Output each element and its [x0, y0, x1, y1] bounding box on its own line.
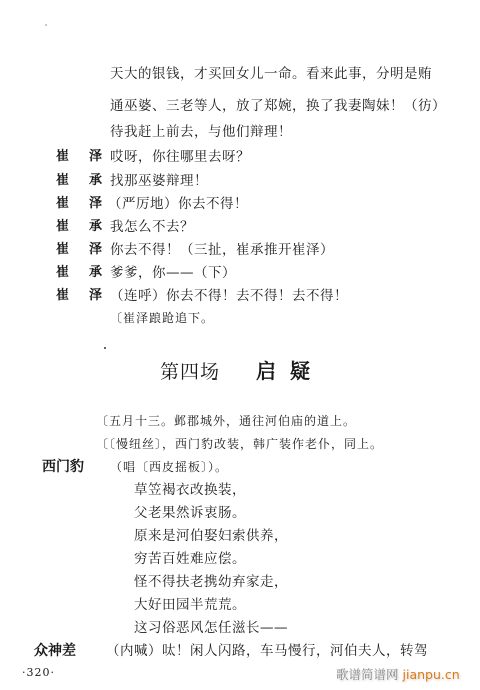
dialogue-line: 我怎么不去？: [110, 219, 194, 235]
speaker-name: 崔泽: [56, 196, 102, 212]
speaker-name: 崔承: [56, 265, 102, 281]
dialogue-line: （内喊）呔！闲人闪路，车马慢行，河伯夫人，转驾: [106, 643, 428, 659]
continuation-line: 天大的银钱，才买回女儿一命。看来此事，分明是贿: [110, 66, 432, 82]
stage-direction: 〔崔泽踉跄追下。: [110, 310, 214, 326]
scene-direction: 〔〔慢纽丝〕，西门豹改装，韩广装作老仆，同上。: [96, 436, 383, 452]
scene-title: 第四场启疑: [160, 355, 324, 384]
speaker-name: 众神差: [34, 643, 76, 659]
verse-line: 草笠褐衣改换装，: [134, 482, 246, 498]
verse-line: 原来是河伯娶妇索供养，: [134, 528, 288, 544]
watermark-en: jianpu.cn: [403, 667, 460, 682]
dialogue-line: 你去不得！（三扯，崔承推开崔泽）: [110, 242, 334, 258]
speaker-name: 崔泽: [56, 288, 102, 304]
watermark: 歌谱简谱网jianpu.cn: [336, 665, 460, 683]
singing-cue: （唱〔西皮摇板〕）。: [110, 459, 228, 475]
verse-line: 父老果然诉衷肠。: [134, 505, 246, 521]
verse-line: 怪不得扶老携幼弃家走，: [134, 574, 288, 590]
verse-line: 这习俗恶风怎任滋长——: [134, 620, 288, 636]
dialogue-line: （严厉地）你去不得！: [108, 196, 248, 212]
continuation-line: 待我赶上前去，与他们辩理！: [110, 124, 292, 140]
speaker-name: 崔承: [56, 219, 102, 235]
scene-number: 第四场: [160, 361, 220, 383]
scan-speck: [104, 347, 106, 349]
speaker-name: 西门豹: [42, 459, 84, 475]
watermark-cn: 歌谱简谱网: [336, 667, 399, 682]
dialogue-line: 找那巫婆辩理！: [110, 173, 208, 189]
scene-direction: 〔五月十三。邺郡城外，通往河伯庙的道上。: [96, 413, 356, 429]
speaker-name: 崔泽: [56, 149, 102, 165]
dialogue-line: 哎呀，你往哪里去呀？: [110, 149, 250, 165]
scan-speck: [212, 378, 217, 380]
continuation-line: 通巫婆、三老等人，放了郑婉，换了我妻陶妹！（彷）: [110, 98, 446, 114]
scan-speck: [45, 24, 47, 26]
scene-name: 启疑: [256, 359, 324, 383]
verse-line: 穷苦百姓难应偿。: [134, 551, 246, 567]
speaker-name: 崔泽: [56, 242, 102, 258]
dialogue-line: 爹爹，你——（下）: [110, 265, 236, 281]
verse-line: 大好田园半荒荒。: [134, 597, 246, 613]
page-number: ·320·: [22, 666, 55, 679]
speaker-name: 崔承: [56, 173, 102, 189]
dialogue-line: （连呼）你去不得！去不得！去不得！: [110, 288, 348, 304]
